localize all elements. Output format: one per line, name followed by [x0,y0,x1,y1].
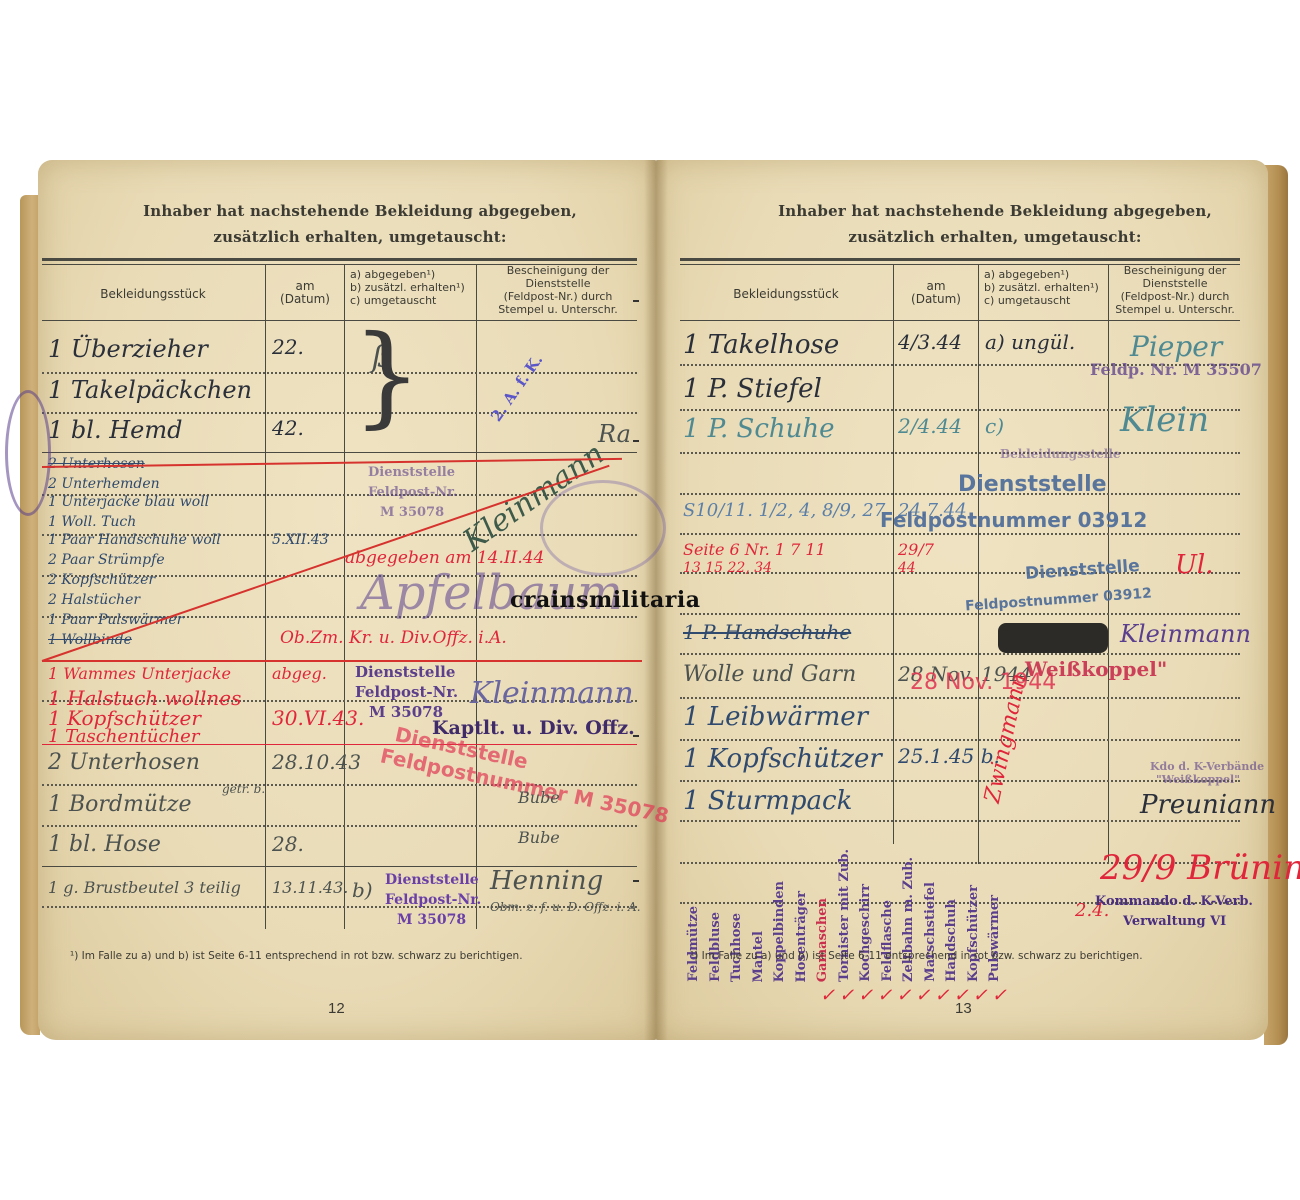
header-bottom-rule [680,320,1240,321]
row-line [42,372,637,374]
signature-pieper: Pieper [1130,330,1222,363]
entry-date: abgeg. [272,664,327,683]
column-header-certification: Bescheinigung der Dienststelle (Feldpost… [478,264,638,316]
stamp-line: M 35078 [385,910,481,930]
vertical-item-stamp: Kochgeschirr [858,884,873,982]
round-stamp-partial [5,390,51,516]
signature-kleinmann-2: Kleinmann [470,676,634,711]
cert-line1: Bescheinigung der [478,264,638,277]
action-a: a) abgegeben¹) [984,268,1108,281]
date-header-line2: (Datum) [894,293,978,306]
red-strike-line [42,660,642,662]
entry-date: 13.11.43. [272,878,348,897]
entry-item: 1 bl. Hemd [48,416,182,444]
entry-date: 29/7 [898,540,934,559]
stamp-line: Dienststelle [368,463,457,483]
column-header-date: am (Datum) [894,280,978,306]
red-check-marks: ✓✓✓✓✓✓✓✓✓✓ [820,985,1011,1006]
stamp-line: Feldpost-Nr. [385,890,481,910]
red-initial: Ul. [1175,550,1214,580]
vertical-item-stamp: Tuchhose [729,913,744,982]
title-line-2: zusätzlich erhalten, umgetauscht: [100,224,620,250]
column-header-action: a) abgegeben¹) b) zusätzl. erhalten¹) c)… [350,268,476,307]
signature-klein: Klein [1120,400,1209,440]
binding-stitch [633,440,639,442]
stamp-dienststelle-faded: Dienststelle Feldpost-Nr. M 35078 [368,463,457,523]
red-annotation-obzm: Ob.Zm. Kr. u. Div.Offz. i.A. [280,628,507,648]
entry-date: 2/4.44 [898,414,962,438]
left-page-title: Inhaber hat nachstehende Bekleidung abge… [100,198,620,250]
entry-item: 1 Paar Handschuhe woll [48,532,221,548]
column-header-item: Bekleidungsstück [680,288,892,301]
action-c: c) umgetauscht [984,294,1108,307]
signature-henning: Henning [490,866,603,896]
stamp-dienststelle: Dienststelle Feldpost-Nr. M 35078 [355,662,458,722]
row-line [42,412,637,414]
column-divider [893,264,894,844]
cert-line4: Stempel u. Unterschr. [1110,303,1240,316]
entry-action: a) ungül. [985,330,1075,354]
entry-item: 1 Unterjacke blau woll [48,494,209,510]
vertical-item-stamp: Marschstiefel [923,882,938,982]
entry-item: 1 P. Schuhe [683,414,835,444]
vertical-item-stamp: Feldbluse [708,912,723,982]
stamp-line: Dienststelle [385,870,481,890]
initial-signature: Ra [598,420,631,448]
entry-item: 1 Takelhose [683,330,839,360]
column-header-certification: Bescheinigung der Dienststelle (Feldpost… [1110,264,1240,316]
column-divider [265,264,266,929]
row-line [680,653,1240,655]
entry-item: 13 15 22, 34 [683,560,772,576]
stamp-line: Feldpost-Nr. [368,483,457,503]
entry-item: S10/11. 1/2, 4, 8/9, 27 [683,500,885,521]
entry-action: c) [985,414,1004,438]
stamp-kdo-verbaende-small: Kdo d. K-Verbände "Weißkoppel" [1150,760,1264,786]
stamp-line: Kdo d. K-Verbände [1150,760,1264,773]
row-line [680,739,1240,741]
entry-date: 42. [272,416,304,440]
action-b: b) zusätzl. erhalten¹) [984,281,1108,294]
vertical-item-stamp: Hosenträger [794,891,809,982]
entry-item: 1 Überzieher [48,335,208,363]
entry-action: b) [352,878,373,902]
cert-line3: (Feldpost-Nr.) durch [478,290,638,303]
stamp-dienststelle-bottom: Dienststelle Feldpost-Nr. M 35078 [385,870,481,930]
entry-item: 1 P. Handschuhe [683,620,851,644]
cert-line2: Dienststelle [1110,277,1240,290]
vertical-item-stamp: Tornister mit Zub. [837,849,852,982]
entry-item: 2 Paar Strümpfe [48,552,165,568]
right-page-title: Inhaber hat nachstehende Bekleidung abge… [735,198,1255,250]
footnote-left: ¹) Im Falle zu a) und b) ist Seite 6-11 … [70,950,523,962]
entry-item: 2 Unterhosen [48,750,200,775]
signature-purple: Kleinmann [1120,620,1251,648]
signature-bottom: Preuniann [1140,790,1276,820]
vertical-item-stamp: Gamaschen [815,898,830,982]
vertical-item-stamp: Pulswärmer [987,895,1002,982]
entry-item: 1 Taschentücher [48,726,199,747]
stamp-weisskoppel: Weißkoppel" [1025,657,1167,681]
title-line-1: Inhaber hat nachstehende Bekleidung abge… [735,198,1255,224]
action-c: c) umgetauscht [350,294,476,307]
watermark: crainsmilitaria [510,587,700,613]
brace-bracket: } [352,320,422,430]
stamp-line: "Weißkoppel" [1150,773,1264,786]
bottom-note: Obm. z. f. u. D. Offz. i. A. [490,900,641,914]
entry-date: 25.1.45 b. [898,744,1000,768]
entry-item: 1 Kopfschützer [683,744,882,774]
page-number-right: 13 [955,1000,972,1017]
stamp-kommando: Kommando d. K-Verb. Verwaltung VI [1095,892,1253,932]
initial-note: Bube [518,828,560,847]
entry-item: 1 P. Stiefel [683,374,822,404]
entry-date: 28. [272,832,304,856]
entry-item: 1 Sturmpack [683,786,852,816]
initial-note: Bube [518,788,560,807]
entry-date: 44 [898,560,916,576]
red-date-signature: 29/9 Brüning [1100,848,1300,888]
stamp-line: Dienststelle [355,662,458,682]
column-header-action: a) abgegeben¹) b) zusätzl. erhalten¹) c)… [984,268,1108,307]
vertical-item-stamp: Handschuh [944,899,959,982]
entry-date: 30.VI.43. [272,706,364,730]
entry-date: 28.10.43 [272,750,361,774]
cert-line1: Bescheinigung der [1110,264,1240,277]
vertical-item-stamp: Zeltbahn m. Zub. [901,857,916,982]
entry-item: Wolle und Garn [683,662,856,687]
entry-item: 2 Kopfschützer [48,572,155,588]
entry-date: 5.XII.43 [272,532,329,548]
entry-item: 1 g. Brustbeutel 3 teilig [48,878,241,897]
vertical-item-stamp: Koppelbinden [772,881,787,982]
row-line [42,825,637,827]
stamp-line: M 35078 [368,503,457,523]
vertical-item-stamp: Feldmütze [686,906,701,982]
stamp-feldpost-top: Feldp. Nr. M 35507 [1090,360,1262,380]
stamp-bekleidungsstelle: Bekleidungsstelle [1000,444,1121,464]
entry-note: getr. b. [222,782,265,796]
entry-date: 4/3.44 [898,330,962,354]
censor-bar [998,623,1108,653]
vertical-item-stamp: Feldflasche [880,900,895,982]
book-cover-edge-left [20,195,40,1035]
row-line [680,697,1240,699]
cert-line3: (Feldpost-Nr.) durch [1110,290,1240,303]
entry-item: 1 Takelpäckchen [48,376,252,404]
vertical-item-stamp: Kopfschützer [966,885,981,982]
footnote-right: ¹) Im Falle zu a) und b) ist Seite 6-11 … [690,950,1143,962]
header-bottom-rule [42,320,637,321]
entry-item: 2 Unterhemden [48,476,160,492]
row-line [680,452,1240,454]
column-divider [978,264,979,864]
stamp-line: Verwaltung VI [1095,912,1253,932]
column-header-date: am (Datum) [266,280,344,306]
entry-item: 1 Leibwärmer [683,702,868,732]
row-line [680,533,1240,535]
entry-item: 2 Halstücher [48,592,140,608]
cert-line2: Dienststelle [478,277,638,290]
action-b: b) zusätzl. erhalten¹) [350,281,476,294]
row-line [680,820,1240,822]
stamp-feldpostnummer-blue: Feldpostnummer 03912 [880,508,1147,532]
entry-date: 22. [272,335,304,359]
row-line [680,613,1240,615]
entry-item: Seite 6 Nr. 1 7 11 [683,540,826,559]
stamp-line: Kommando d. K-Verb. [1095,892,1253,912]
row-line [42,452,637,453]
page-number-left: 12 [328,1000,345,1017]
date-header-line2: (Datum) [266,293,344,306]
stamp-line: Feldpost-Nr. [355,682,458,702]
title-line-2: zusätzlich erhalten, umgetauscht: [735,224,1255,250]
binding-stitch [633,880,639,882]
round-stamp-faded [540,480,666,576]
stamp-dienststelle-blue: Dienststelle [958,472,1107,497]
entry-item: 1 bl. Hose [48,832,161,857]
column-divider [344,264,345,929]
column-header-item: Bekleidungsstück [42,288,264,301]
entry-item: 1 Wammes Unterjacke [48,664,231,683]
entry-item: 1 Bordmütze [48,792,191,817]
title-line-1: Inhaber hat nachstehende Bekleidung abge… [100,198,620,224]
action-a: a) abgegeben¹) [350,268,476,281]
entry-item: 1 Woll. Tuch [48,514,136,530]
cert-line4: Stempel u. Unterschr. [478,303,638,316]
